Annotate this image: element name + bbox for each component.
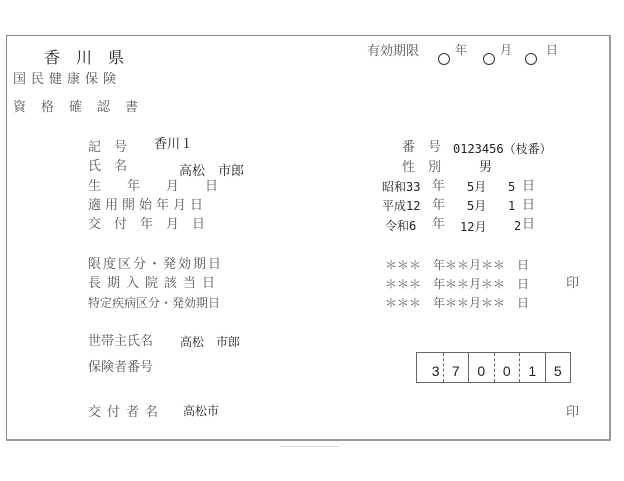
- sex-value: 男: [479, 160, 492, 176]
- prefecture-name: 香 川 県: [44, 49, 124, 67]
- issuer-value: 高松市: [183, 403, 219, 419]
- insurer-digit: 5: [545, 353, 571, 382]
- birth-era: 昭和33: [382, 179, 420, 195]
- number-value: 0123456（枝番）: [453, 141, 552, 157]
- household-head-value: 高松 市郎: [180, 334, 240, 350]
- issue-day: 2: [514, 218, 521, 234]
- validity-month-blank-icon: [483, 53, 495, 65]
- issue-label: 交 付 年 月 日: [88, 217, 205, 233]
- insurer-number-label: 保険者番号: [88, 360, 153, 376]
- insurer-number-box: 3 7 0 0 1 5: [416, 352, 571, 383]
- specific-disease-label: 特定疾病区分・発効期日: [88, 295, 220, 311]
- insurer-digit: 1: [519, 353, 545, 382]
- issue-era: 令和6: [385, 218, 416, 234]
- number-label: 番 号: [402, 140, 441, 156]
- birth-month: 5月: [467, 179, 486, 195]
- start-label: 適用開始年月日: [88, 198, 207, 214]
- validity-day-unit: 日: [546, 42, 558, 58]
- start-month: 5月: [467, 198, 486, 214]
- name-value: 高松 市郎: [179, 164, 244, 180]
- birth-day-unit: 日: [522, 179, 535, 195]
- insurer-digit: 0: [494, 353, 520, 382]
- limit-category-label: 限度区分・発効期日: [88, 257, 223, 273]
- sex-label: 性 別: [402, 160, 441, 176]
- issue-day-unit: 日: [522, 217, 535, 233]
- validity-year-unit: 年: [455, 42, 467, 58]
- start-year-unit: 年: [432, 198, 445, 214]
- cropped-footer-text: [280, 446, 340, 450]
- issuer-label: 交付者名: [88, 405, 164, 421]
- limit-category-value: ＊＊＊ 年＊＊月＊＊ 日: [385, 257, 529, 273]
- insurer-digit: 7: [443, 353, 469, 382]
- household-head-label: 世帯主氏名: [88, 334, 153, 350]
- birth-year-unit: 年: [432, 179, 445, 195]
- validity-label: 有効期限: [367, 44, 419, 60]
- title-line-1: 国民健康保険: [13, 72, 121, 88]
- long-term-value: ＊＊＊ 年＊＊月＊＊ 日: [385, 276, 529, 292]
- symbol-value: 香川１: [154, 137, 193, 153]
- symbol-label: 記 号: [88, 140, 127, 156]
- specific-disease-value: ＊＊＊ 年＊＊月＊＊ 日: [385, 295, 529, 311]
- validity-month-unit: 月: [500, 42, 512, 58]
- validity-day-blank-icon: [525, 53, 537, 65]
- insurer-digit: 0: [468, 353, 494, 382]
- start-day-unit: 日: [522, 198, 535, 214]
- long-term-seal: 印: [566, 276, 579, 292]
- title-line-2: 資格確認書: [13, 100, 153, 116]
- long-term-label: 長期入院該当日: [88, 276, 221, 292]
- validity-year-blank-icon: [438, 53, 450, 65]
- issuer-seal: 印: [566, 405, 579, 421]
- start-era: 平成12: [382, 198, 420, 214]
- birth-day: 5: [508, 179, 515, 195]
- issue-month: 12月: [460, 219, 486, 235]
- name-label: 氏 名: [88, 159, 127, 175]
- birth-label: 生 年 月 日: [88, 179, 218, 195]
- start-day: 1: [508, 198, 515, 214]
- insurer-digit: 3: [417, 353, 443, 382]
- issue-year-unit: 年: [432, 217, 445, 233]
